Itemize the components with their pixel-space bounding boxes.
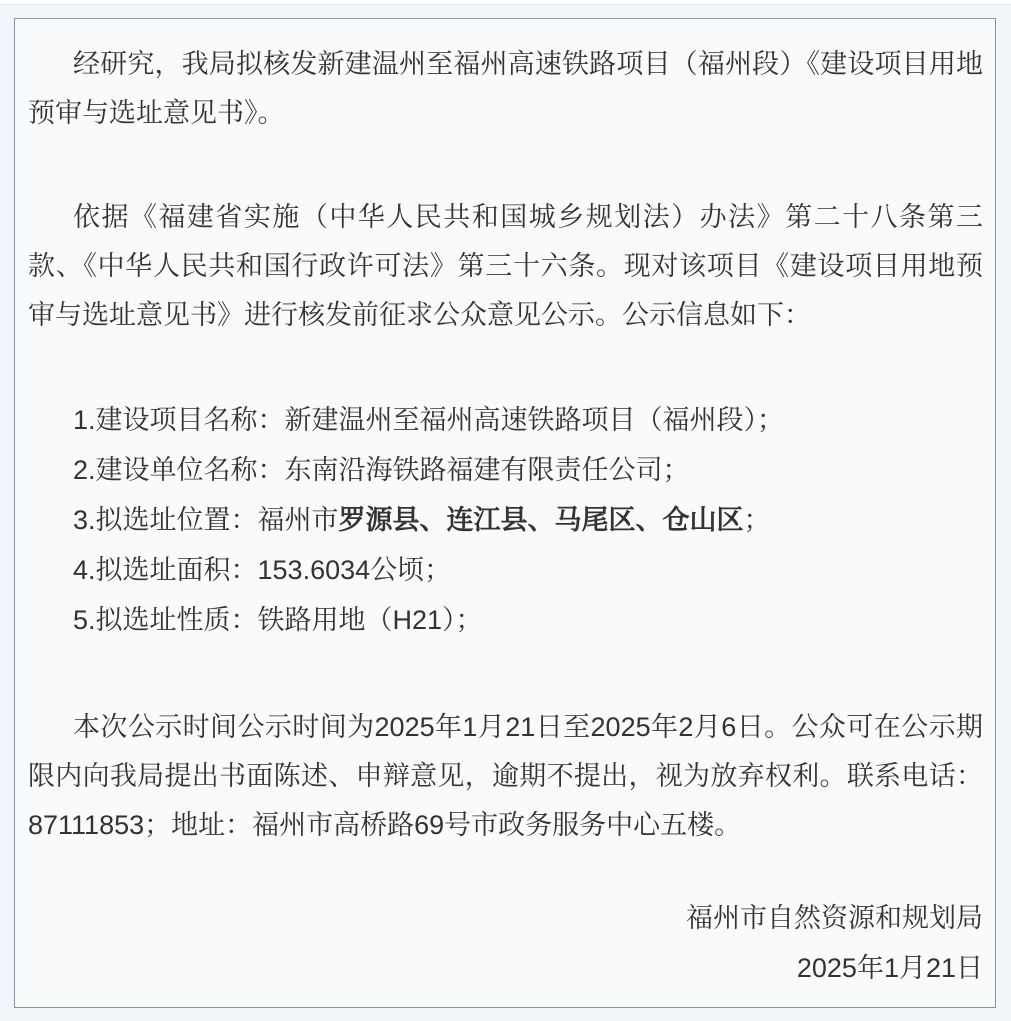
signature-block: 福州市自然资源和规划局 2025年1月21日 xyxy=(28,893,983,993)
info-list: 1.建设项目名称：新建温州至福州高速铁路项目（福州段）； 2.建设单位名称：东南… xyxy=(28,395,983,645)
list-item-builder-name: 2.建设单位名称：东南沿海铁路福建有限责任公司； xyxy=(28,445,983,495)
list-item-text: 1.建设项目名称：新建温州至福州高速铁路项目（福州段）； xyxy=(73,405,784,435)
list-item-text: 3.拟选址位置：福州市 xyxy=(73,505,339,535)
list-item-site-type: 5.拟选址性质：铁路用地（H21）； xyxy=(28,595,983,645)
list-item-suffix: ； xyxy=(744,505,771,535)
list-item-text: 5.拟选址性质：铁路用地（H21）； xyxy=(73,605,483,635)
paragraph-legal-basis: 依据《福建省实施（中华人民共和国城乡规划法）办法》第二十八条第三款、《中华人民共… xyxy=(28,193,983,340)
list-item-bold-text: 罗源县、连江县、马尾区、仓山区 xyxy=(339,505,744,535)
signature-agency: 福州市自然资源和规划局 xyxy=(28,893,983,943)
signature-date: 2025年1月21日 xyxy=(28,943,983,993)
top-edge-strip xyxy=(0,0,1011,5)
list-item-site-area: 4.拟选址面积：153.6034公顷； xyxy=(28,545,983,595)
paragraph-closing: 本次公示时间公示时间为2025年1月21日至2025年2月6日。公众可在公示期限… xyxy=(28,703,983,850)
paragraph-intro: 经研究，我局拟核发新建温州至福州高速铁路项目（福州段）《建设项目用地预审与选址意… xyxy=(28,40,983,138)
list-item-text: 2.建设单位名称：东南沿海铁路福建有限责任公司； xyxy=(73,455,690,485)
list-item-site-location: 3.拟选址位置：福州市罗源县、连江县、马尾区、仓山区； xyxy=(28,495,983,545)
list-item-project-name: 1.建设项目名称：新建温州至福州高速铁路项目（福州段）； xyxy=(28,395,983,445)
list-item-text: 4.拟选址面积：153.6034公顷； xyxy=(73,555,451,585)
notice-box: 经研究，我局拟核发新建温州至福州高速铁路项目（福州段）《建设项目用地预审与选址意… xyxy=(14,18,996,1008)
